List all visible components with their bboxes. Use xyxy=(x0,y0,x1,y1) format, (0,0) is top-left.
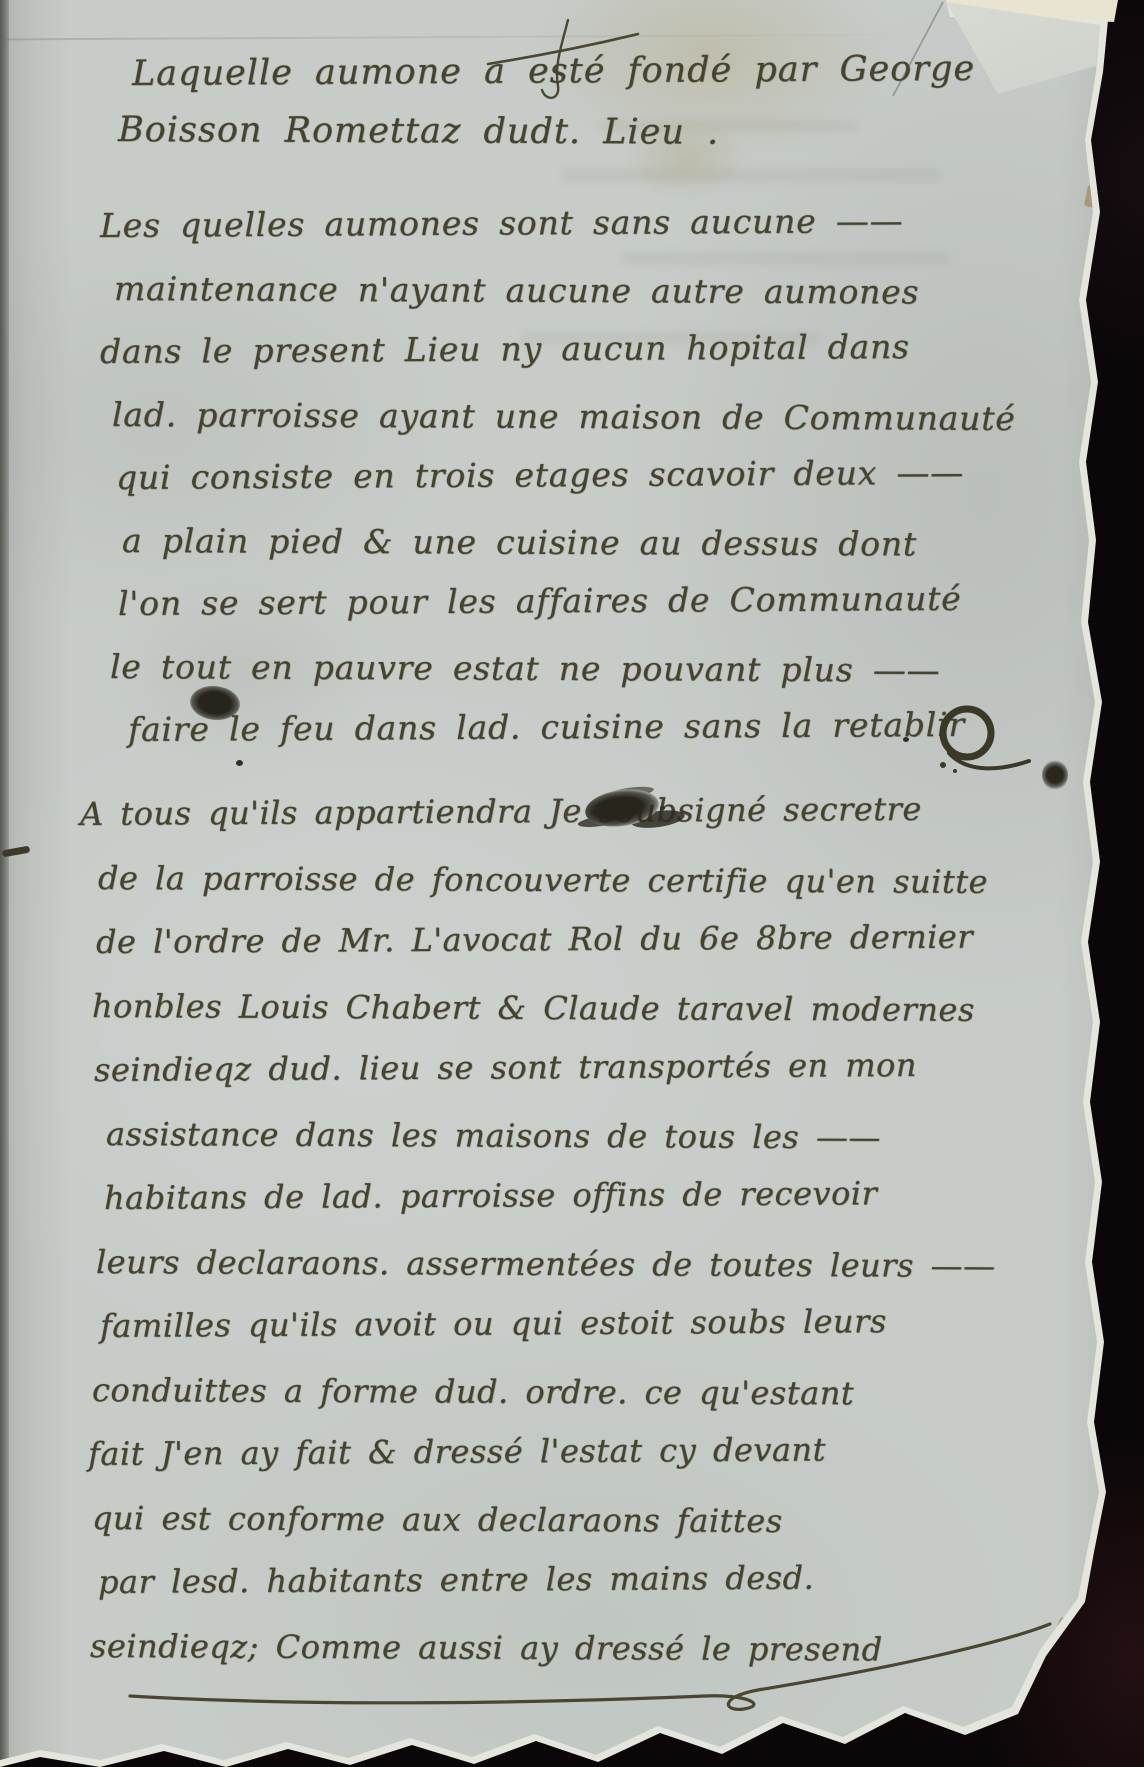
manuscript-line: habitans de lad. parroisse offins de rec… xyxy=(104,1161,996,1230)
manuscript-line: dans le present Lieu ny aucun hopital da… xyxy=(100,314,1016,383)
manuscript-line: seindieqz dud. lieu se sont transportés … xyxy=(94,1032,996,1102)
flourish-line-icon xyxy=(120,1608,1065,1713)
manuscript-line: fait J'en ay fait & dressé l'estat cy de… xyxy=(88,1416,996,1486)
manuscript-line: assistance dans les maisons de tous les … xyxy=(106,1102,996,1170)
manuscript-line: honbles Louis Chabert & Claude taravel m… xyxy=(92,974,996,1042)
manuscript-line: le tout en pauvre estat ne pouvant plus … xyxy=(110,635,1016,702)
manuscript-line: a plain pied & une cuisine au dessus don… xyxy=(122,509,1016,576)
ink-showthrough xyxy=(560,168,940,182)
manuscript-line: A tous qu'ils appartiendra Je soubsigné … xyxy=(80,776,996,846)
manuscript-line: l'on se sert pour les affaires de Commun… xyxy=(118,567,1016,635)
manuscript-line: qui consiste en trois etages scavoir deu… xyxy=(116,441,1016,509)
manuscript-line: maintenance n'ayant aucune autre aumones xyxy=(114,257,1016,324)
manuscript-line: faire le feu dans lad. cuisine sans la r… xyxy=(128,693,1016,761)
manuscript-line: familles qu'ils avoit ou qui estoit soub… xyxy=(100,1289,996,1358)
manuscript-line: qui est conforme aux declaraons faittes xyxy=(92,1486,996,1554)
ink-speck xyxy=(236,760,243,766)
ink-speck xyxy=(660,806,665,810)
manuscript-line: de la parroisse de foncouverte certifie … xyxy=(98,846,996,914)
manuscript-line: leurs declaraons. assermentées de toutes… xyxy=(96,1230,996,1298)
paragraph-3: A tous qu'ils appartiendra Je soubsigné … xyxy=(80,782,996,1678)
manuscript-line: Laquelle aumone a esté fondé par George xyxy=(132,41,975,102)
ink-speck xyxy=(903,737,909,742)
ink-speck xyxy=(1042,760,1068,790)
photo-backdrop: Laquelle aumone a esté fondé par George … xyxy=(0,0,1144,1767)
manuscript-page: Laquelle aumone a esté fondé par George … xyxy=(0,0,1144,1767)
manuscript-line: lad. parroisse ayant une maison de Commu… xyxy=(112,383,1016,450)
manuscript-line: Boisson Romettaz dudt. Lieu . xyxy=(118,102,975,162)
loop-flourish-icon xyxy=(925,705,1035,800)
paragraph-1: Laquelle aumone a esté fondé par George … xyxy=(132,46,975,158)
paper-crease xyxy=(0,34,940,41)
manuscript-line: de l'ordre de Mr. L'avocat Rol du 6e 8br… xyxy=(96,905,996,974)
manuscript-line: par lesd. habitants entre les mains desd… xyxy=(98,1545,996,1614)
gutter-shadow xyxy=(0,0,9,1760)
manuscript-line: conduittes a forme dud. ordre. ce qu'est… xyxy=(92,1358,996,1426)
paragraph-2: Les quelles aumones sont sans aucune —— … xyxy=(100,194,1016,761)
manuscript-line: Les quelles aumones sont sans aucune —— xyxy=(100,188,1016,257)
